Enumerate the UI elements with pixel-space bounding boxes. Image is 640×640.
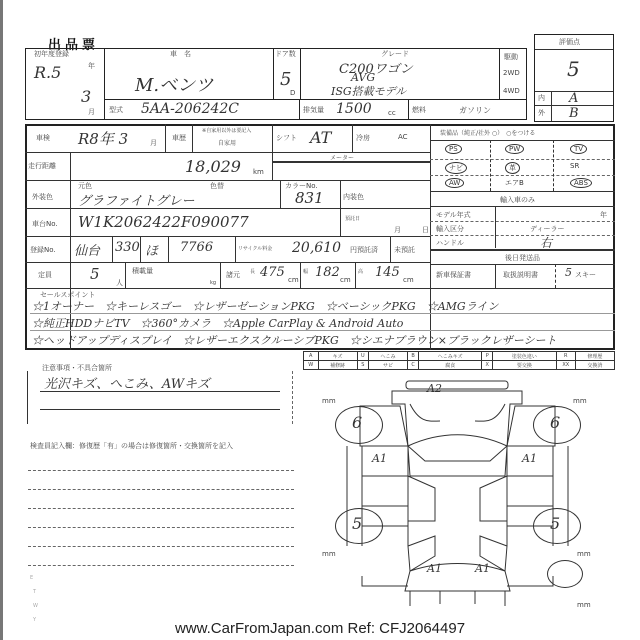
damage-mark-rear-left: A1 bbox=[427, 562, 442, 575]
damage-mark-right: A1 bbox=[522, 452, 537, 465]
import-type: ディーラー bbox=[530, 224, 564, 234]
legend-cell: へこみ bbox=[369, 352, 408, 361]
plate-class: 330 bbox=[115, 240, 140, 255]
equipment-tv: TV bbox=[570, 144, 587, 154]
legend-cell: 塗装色違い bbox=[493, 352, 557, 361]
legend-cell: サビ bbox=[369, 361, 408, 370]
height: 145 bbox=[375, 265, 400, 280]
damage-legend: AキズUへこみBへこみキズP塗装色違いR修理歴W補修跡SサビC腐食X要交換XX交… bbox=[303, 351, 615, 370]
equipment-pw: PW bbox=[505, 144, 524, 154]
legend-cell: 補修跡 bbox=[318, 361, 357, 370]
shift: AT bbox=[310, 128, 331, 147]
ac: AC bbox=[398, 133, 408, 141]
score-box: 評価点 5 内 A 外 B bbox=[534, 34, 614, 122]
plate-number: 7766 bbox=[180, 240, 213, 255]
color-number: 831 bbox=[295, 189, 324, 207]
exterior-color: グラファイトグレー bbox=[78, 190, 194, 209]
displacement-box: 排気量 1500 cc bbox=[299, 99, 409, 120]
auction-score: 5 bbox=[567, 57, 580, 81]
tire-spare bbox=[547, 560, 583, 588]
model-code-box: 型式 5AA-206242C bbox=[104, 99, 300, 120]
legend-cell: U bbox=[357, 352, 368, 361]
legend-cell: A bbox=[304, 352, 319, 361]
legend-cell: 要交換 bbox=[493, 361, 557, 370]
key-count: 5 bbox=[565, 266, 572, 279]
legend-cell: B bbox=[408, 352, 419, 361]
vin: W1K2062422F090077 bbox=[78, 213, 249, 231]
damage-mark-rear-right: A1 bbox=[475, 562, 490, 575]
interior-grade: A bbox=[569, 91, 578, 106]
legend-cell: 交換済 bbox=[575, 361, 614, 370]
doors-count: 5 bbox=[280, 69, 291, 90]
plate-region: 仙台 bbox=[74, 240, 100, 259]
legend-cell: X bbox=[482, 361, 493, 370]
page-border bbox=[0, 0, 3, 640]
legend-cell: W bbox=[304, 361, 319, 370]
grade-box: グレード C200ワゴン AVG ISG搭載モデル bbox=[300, 48, 500, 100]
legend-cell: S bbox=[357, 361, 368, 370]
first-registration-month: 3 bbox=[81, 87, 91, 106]
legend-cell: へこみキズ bbox=[419, 352, 482, 361]
fuel: ガソリン bbox=[459, 105, 491, 116]
legend-cell: R bbox=[556, 352, 575, 361]
width: 182 bbox=[315, 265, 340, 280]
equipment-ps: PS bbox=[445, 144, 462, 154]
doors-box: ドア数 5 D bbox=[273, 48, 301, 100]
legend-cell: 修理歴 bbox=[575, 352, 614, 361]
legend-cell: キズ bbox=[318, 352, 357, 361]
sales-point-line-3: ☆ヘッドアップディスプレイ ☆レザーエクスクルーシブPKG ☆シエナブラウン×ブ… bbox=[32, 332, 557, 348]
length: 475 bbox=[260, 265, 285, 280]
watermark-footer: www.CarFromJapan.com Ref: CFJ2064497 bbox=[0, 620, 640, 637]
legend-cell: C bbox=[408, 361, 419, 370]
legend-cell: XX bbox=[556, 361, 575, 370]
recycle-fee: 20,610 bbox=[292, 240, 341, 256]
drive-box: 駆動 2WD 4WD bbox=[499, 48, 527, 100]
displacement: 1500 bbox=[336, 101, 372, 117]
equipment-abs: ABS bbox=[570, 178, 592, 188]
car-name-box: 車 名 M.ベンツ bbox=[104, 48, 274, 100]
fuel-box: 燃料 ガソリン bbox=[408, 99, 527, 120]
exterior-grade: B bbox=[569, 106, 579, 121]
capacity: 5 bbox=[90, 265, 100, 283]
notes-text: 光沢キズ、へこみ、AWキズ bbox=[44, 373, 210, 392]
sales-point-line-2: ☆純正HDDナビTV ☆360°カメラ ☆Apple CarPlay & And… bbox=[32, 315, 403, 331]
inspection-date: R8年 3 bbox=[78, 128, 128, 149]
equipment-ナビ: ナビ bbox=[445, 162, 467, 174]
model-code: 5AA-206242C bbox=[141, 101, 239, 117]
car-name: M.ベンツ bbox=[135, 71, 213, 97]
legend-cell: 腐食 bbox=[419, 361, 482, 370]
mileage: 18,029 bbox=[185, 157, 241, 176]
first-registration-box: 初年度登録 R.5 3 年 月 bbox=[25, 48, 105, 120]
equipment-エアb: エアB bbox=[505, 178, 524, 188]
inspector-label: 検査員記入欄：修復歴「有」の場合は修復箇所・交換箇所を記入 bbox=[30, 441, 233, 451]
first-registration-era: R.5 bbox=[34, 63, 61, 82]
equipment-革: 革 bbox=[505, 162, 520, 174]
sales-point-line-1: ☆1オーナー ☆キーレスゴー ☆レザーゼーションPKG ☆ベーシックPKG ☆A… bbox=[32, 298, 498, 314]
damage-mark-front: A2 bbox=[427, 382, 442, 395]
equipment-sr: SR bbox=[570, 162, 579, 170]
legend-cell: P bbox=[482, 352, 493, 361]
plate-kana: ほ bbox=[145, 240, 158, 259]
damage-mark-left: A1 bbox=[372, 452, 387, 465]
